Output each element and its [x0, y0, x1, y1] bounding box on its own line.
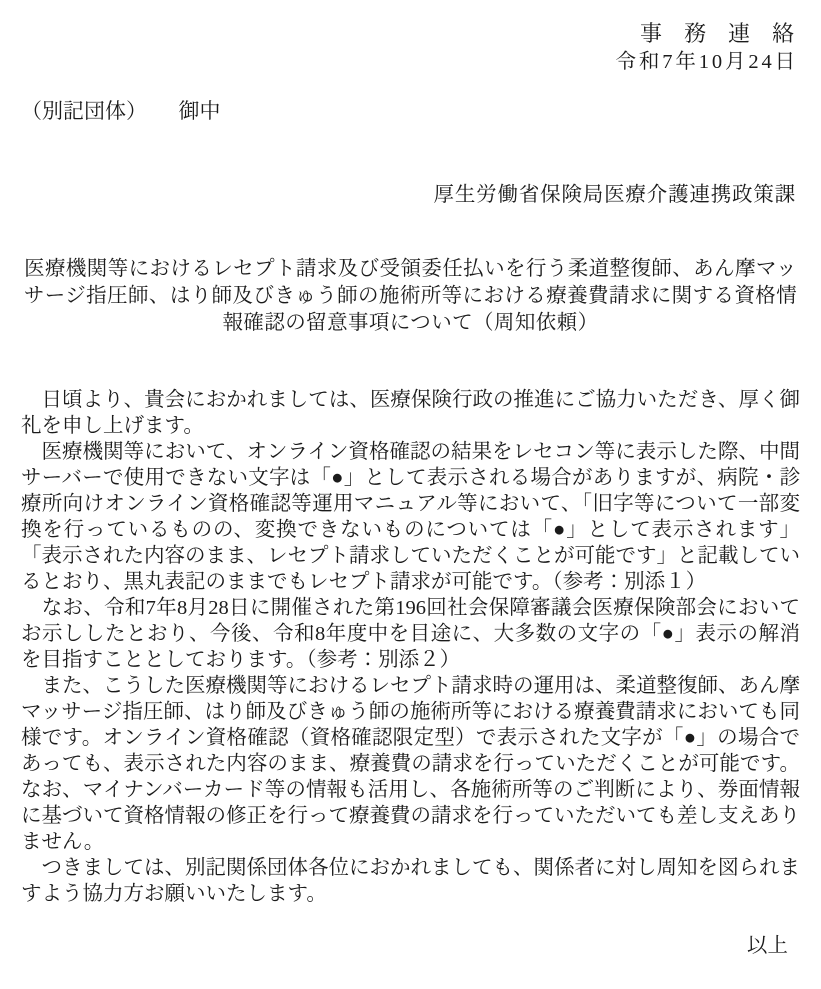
document-body: 日頃より、貴会におかれましては、医療保険行政の推進にご協力いただき、厚く御礼を申…: [21, 387, 800, 907]
paragraph-council-reference: なお、令和7年8月28日に開催された第196回社会保障審議会医療保険部会において…: [21, 595, 800, 673]
addressee: （別記団体） 御中: [21, 98, 800, 124]
sender-department: 厚生労働省保険局医療介護連携政策課: [21, 182, 800, 208]
document-title: 医療機関等におけるレセプト請求及び受領委任払いを行う柔道整復師、あん摩マッサージ…: [21, 256, 800, 337]
closing-label: 以上: [21, 933, 800, 959]
paragraph-request: つきましては、別記関係団体各位におかれましても、関係者に対し周知を図られますよう…: [21, 855, 800, 907]
doc-type-label: 事 務 連 絡: [21, 20, 800, 48]
paragraph-ryoyohi-claim: また、こうした医療機関等におけるレセプト請求時の運用は、柔道整復師、あん摩マッサ…: [21, 673, 800, 855]
document-page: 事 務 連 絡 令和7年10月24日 （別記団体） 御中 厚生労働省保険局医療介…: [0, 0, 821, 989]
doc-date: 令和7年10月24日: [21, 48, 800, 76]
paragraph-greeting: 日頃より、貴会におかれましては、医療保険行政の推進にご協力いただき、厚く御礼を申…: [21, 387, 800, 439]
paragraph-receipt-claim: 医療機関等において、オンライン資格確認の結果をレセコン等に表示した際、中間サーバ…: [21, 439, 800, 595]
